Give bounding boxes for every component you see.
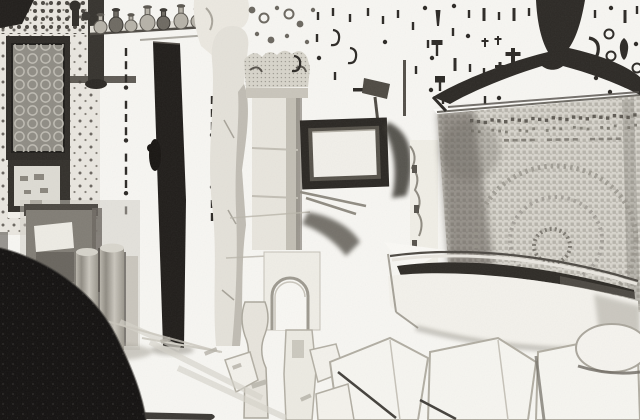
photo-canvas xyxy=(0,0,640,420)
film-grain xyxy=(0,0,640,420)
museum-photograph xyxy=(0,0,640,420)
